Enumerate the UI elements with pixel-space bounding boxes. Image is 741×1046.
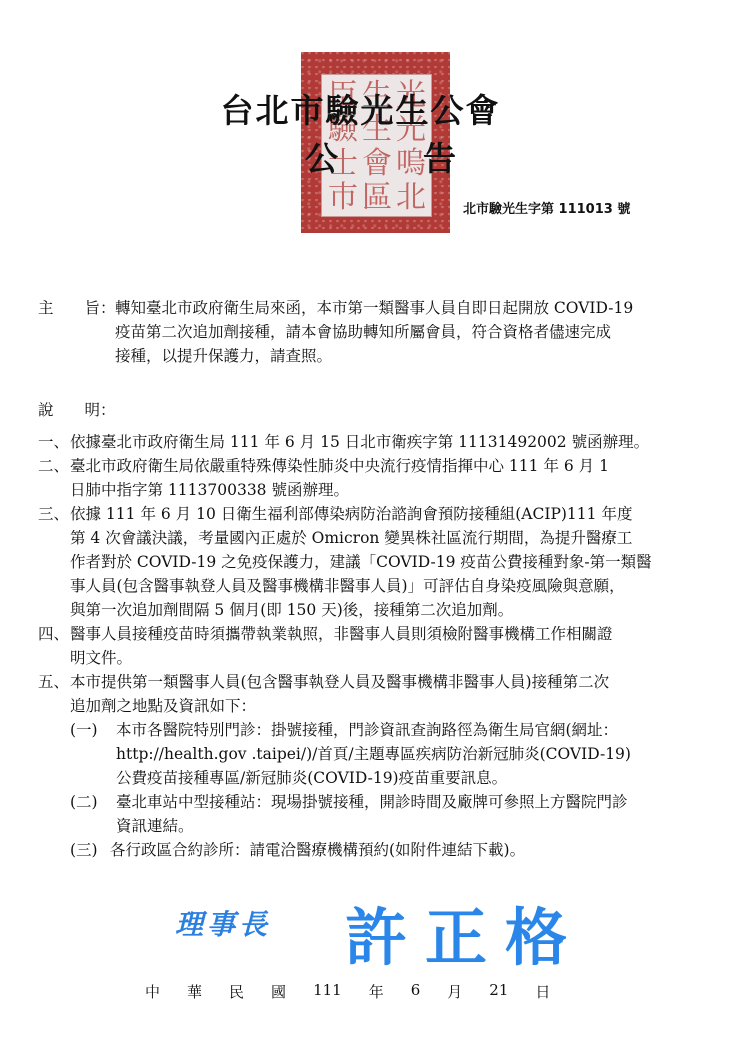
- explanation-item-1: 一、 依據臺北市政府衛生局 111 年 6 月 15 日北市衛疾字第 11131…: [38, 430, 708, 454]
- seal-char: 巿: [328, 183, 358, 213]
- seal-char: 區: [362, 183, 392, 213]
- date-part: 國: [271, 981, 286, 1002]
- explanation-item-2: 二、 臺北市政府衛生局依嚴重特殊傳染性肺炎中央流行疫情指揮中心 111 年 6 …: [38, 454, 708, 502]
- signature-title: 理事長: [175, 903, 271, 943]
- item-number: 四、: [38, 622, 70, 670]
- explanation-item-4: 四、 醫事人員接種疫苗時須攜帶執業執照，非醫事人員則須檢附醫事機構工作相關證明文…: [38, 622, 708, 670]
- item-number: 三、: [38, 502, 70, 622]
- date-part: 中: [145, 981, 160, 1002]
- date-part: 日: [535, 981, 550, 1002]
- sub-item-number: (一): [70, 718, 116, 790]
- explanation-item-3: 三、 依據 111 年 6 月 10 日衛生福利部傳染病防治諮詢會預防接種組(A…: [38, 502, 708, 622]
- seal-char: 北: [396, 183, 426, 213]
- title-text: 台北市驗光生公會: [221, 85, 501, 132]
- sub-item-line: 本市各醫院特別門診：掛號接種，門診資訊查詢路徑為衛生局官網(網址：: [116, 718, 631, 742]
- item-line: 日肺中指字第 1113700338 號函辦理。: [70, 478, 609, 502]
- item-line: 依據 111 年 6 月 10 日衛生福利部傳染病防治諮詢會預防接種組(ACIP…: [70, 502, 652, 526]
- subject-line: 轉知臺北市政府衛生局來函，本市第一類醫事人員自即日起開放 COVID-19: [115, 296, 705, 320]
- health-bureau-url-link[interactable]: http://health.gov .taipei/)/首頁/主題專區疾病防治新…: [116, 742, 631, 766]
- date-part: 111: [313, 981, 342, 1002]
- document-date: 中 華 民 國 111 年 6 月 21 日: [145, 981, 577, 1002]
- sub-item-line: 資訊連結。: [116, 814, 628, 838]
- item-line: 第 4 次會議決議，考量國內正處於 Omicron 變異株社區流行期間，為提升醫…: [70, 526, 652, 550]
- sub-item-number: (三): [70, 838, 110, 862]
- subject-line: 疫苗第二次追加劑接種，請本會協助轉知所屬會員，符合資格者儘速完成: [115, 320, 705, 344]
- item-line: 與第一次追加劑間隔 5 個月(即 150 天)後，接種第二次追加劑。: [70, 598, 652, 622]
- date-part: 民: [229, 981, 244, 1002]
- document-title: 台北市驗光生公會: [0, 85, 741, 132]
- item-number: 二、: [38, 454, 70, 502]
- document-subtitle: 公告: [305, 133, 541, 180]
- item-number: 五、: [38, 670, 70, 718]
- document-number: 北市驗光生字第 111013 號: [463, 198, 630, 217]
- date-part: 21: [489, 981, 508, 1002]
- subtitle-left: 公: [305, 133, 423, 180]
- sub-item-line: 各行政區合約診所：請電洽醫療機構預約(如附件連結下載)。: [110, 838, 525, 862]
- sub-item-line: 臺北車站中型接種站：現場掛號接種，開診時間及廠牌可參照上方醫院門診: [116, 790, 628, 814]
- sub-item-1: (一) 本市各醫院特別門診：掛號接種，門診資訊查詢路徑為衛生局官網(網址： ht…: [70, 718, 708, 790]
- sub-item-line: 公費疫苗接種專區/新冠肺炎(COVID-19)疫苗重要訊息。: [116, 766, 631, 790]
- item-line: 明文件。: [70, 646, 613, 670]
- sub-item-number: (二): [70, 790, 116, 838]
- item-line: 本市提供第一類醫事人員(包含醫事執登人員及醫事機構非醫事人員)接種第二次: [70, 670, 609, 694]
- sub-item-list: (一) 本市各醫院特別門診：掛號接種，門診資訊查詢路徑為衛生局官網(網址： ht…: [38, 718, 708, 862]
- date-part: 月: [447, 981, 462, 1002]
- subject-text: 轉知臺北市政府衛生局來函，本市第一類醫事人員自即日起開放 COVID-19 疫苗…: [115, 296, 705, 368]
- explanation-item-5: 五、 本市提供第一類醫事人員(包含醫事執登人員及醫事機構非醫事人員)接種第二次追…: [38, 670, 708, 718]
- subject-line: 接種，以提升保護力，請查照。: [115, 344, 705, 368]
- subject-label: 主 旨：: [38, 296, 116, 320]
- date-part: 6: [411, 981, 421, 1002]
- explanation-list: 一、 依據臺北市政府衛生局 111 年 6 月 15 日北市衛疾字第 11131…: [38, 430, 708, 862]
- item-line: 臺北市政府衛生局依嚴重特殊傳染性肺炎中央流行疫情指揮中心 111 年 6 月 1: [70, 454, 609, 478]
- item-number: 一、: [38, 430, 70, 454]
- sub-item-3: (三) 各行政區合約診所：請電洽醫療機構預約(如附件連結下載)。: [70, 838, 708, 862]
- sub-item-2: (二) 臺北車站中型接種站：現場掛號接種，開診時間及廠牌可參照上方醫院門診資訊連…: [70, 790, 708, 838]
- item-line: 事人員(包含醫事執登人員及醫事機構非醫事人員)」可評估自身染疫風險與意願，: [70, 574, 652, 598]
- date-part: 年: [369, 981, 384, 1002]
- item-line: 依據臺北市政府衛生局 111 年 6 月 15 日北市衛疾字第 11131492…: [70, 430, 649, 454]
- date-part: 華: [187, 981, 202, 1002]
- explanation-label: 說 明：: [38, 398, 116, 422]
- item-line: 醫事人員接種疫苗時須攜帶執業執照，非醫事人員則須檢附醫事機構工作相關證: [70, 622, 613, 646]
- item-line: 作者對於 COVID-19 之免疫保護力，建議「COVID-19 疫苗公費接種對…: [70, 550, 652, 574]
- item-line: 追加劑之地點及資訊如下：: [70, 694, 609, 718]
- signature-name: 許正格: [345, 888, 585, 977]
- subtitle-right: 告: [423, 133, 541, 180]
